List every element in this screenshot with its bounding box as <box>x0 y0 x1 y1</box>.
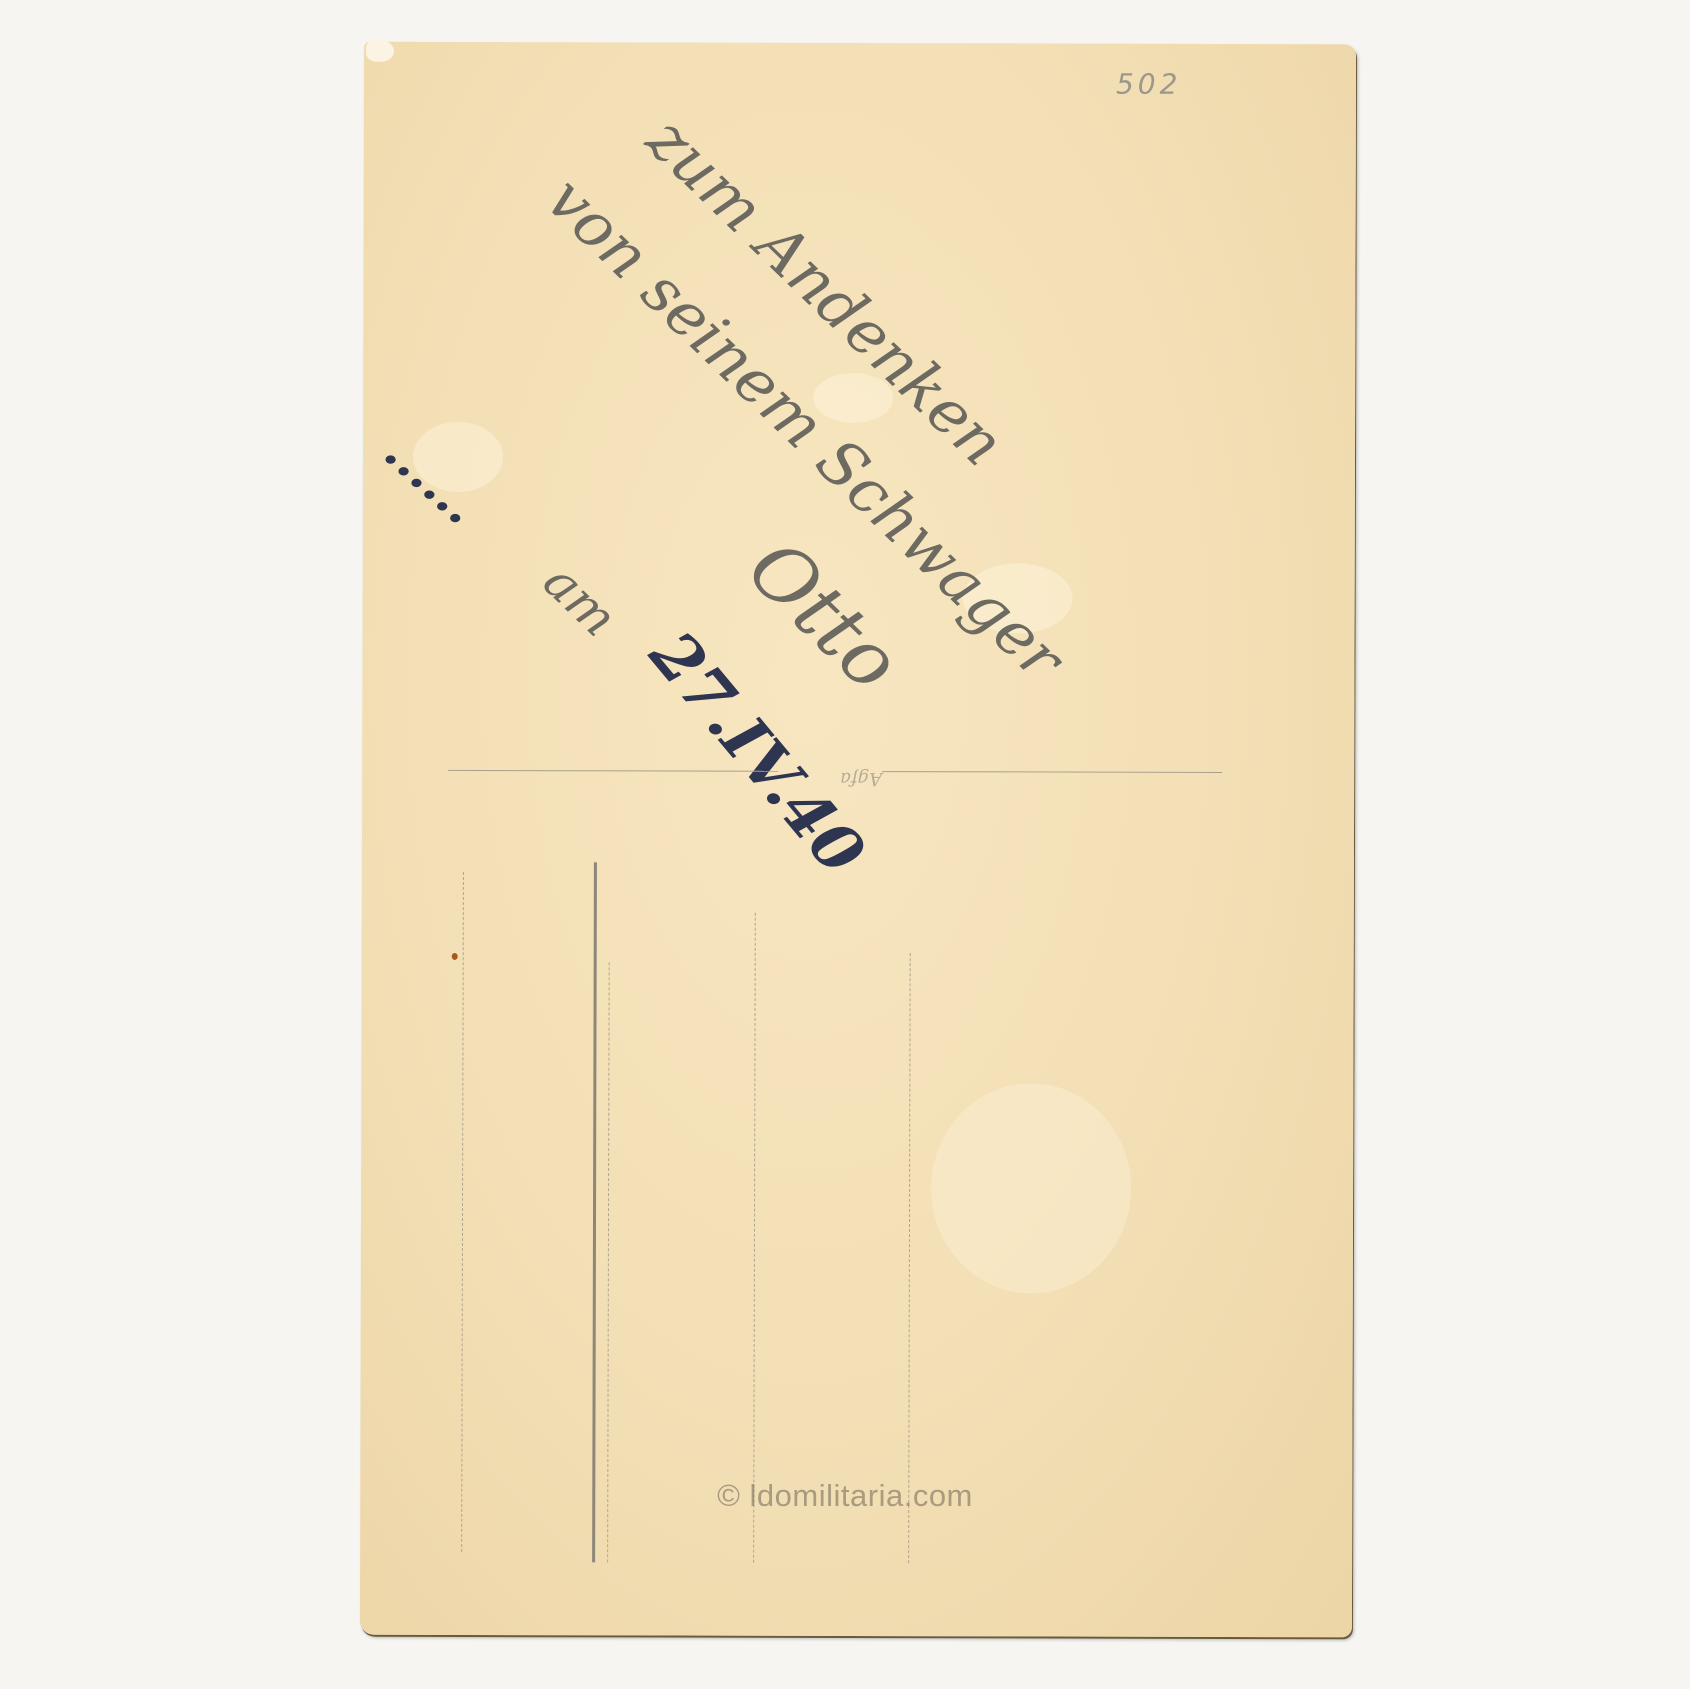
divider-line-left <box>448 770 778 772</box>
foxing-spot <box>452 953 458 960</box>
printer-mark: Agfa <box>840 768 882 789</box>
torn-corner <box>366 40 394 62</box>
divider-line-right <box>882 771 1222 773</box>
copyright-watermark: © ldomilitaria.com <box>0 1478 1690 1514</box>
address-divider <box>592 862 597 1562</box>
dotted-rule <box>753 913 756 1563</box>
dotted-rule <box>908 953 911 1563</box>
catalog-number: 502 <box>1116 68 1182 101</box>
dotted-rule <box>461 872 464 1552</box>
date-prefix: am <box>532 552 628 647</box>
postcard-reverse: 502 zum Andenken von seinem Schwager Ott… <box>360 42 1356 1638</box>
stamp-impression <box>931 1083 1132 1294</box>
dotted-rule <box>607 962 610 1562</box>
